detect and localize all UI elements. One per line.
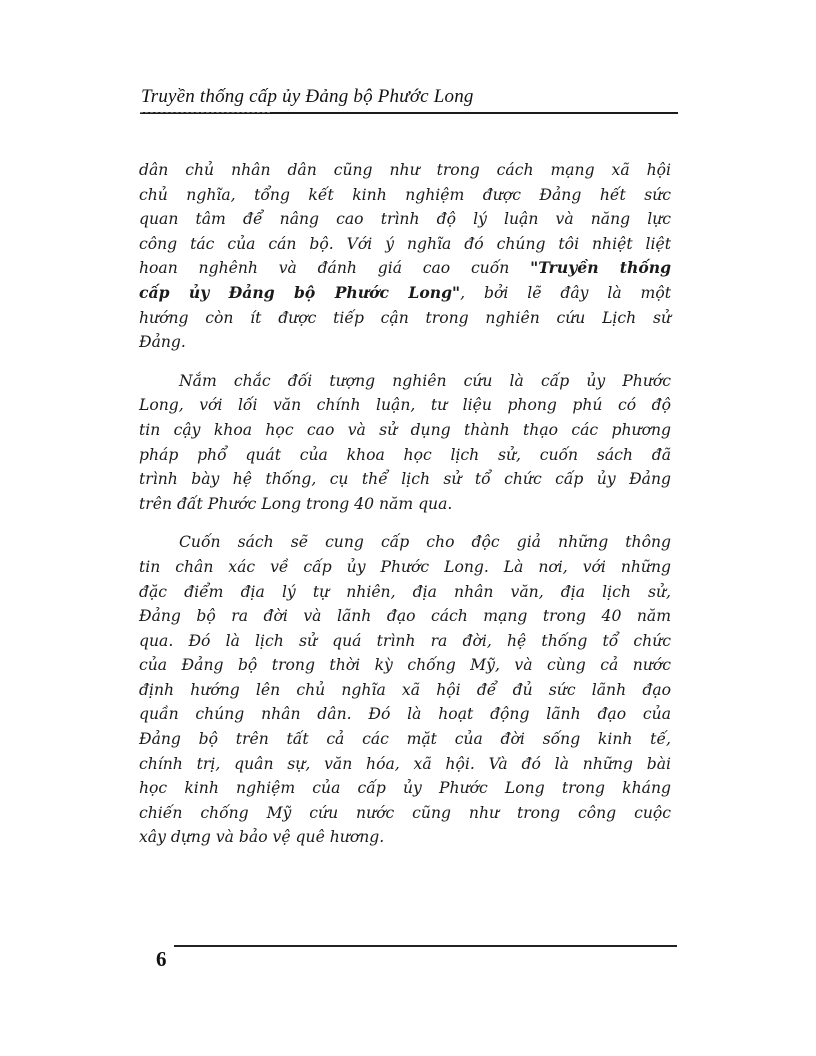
book-title-bold: cấp ủy Đảng bộ Phước Long" <box>139 283 460 302</box>
text-line: hướng còn ít được tiếp cận trong nghiên … <box>139 306 671 331</box>
text-line: xây dựng và bảo vệ quê hương. <box>139 825 671 850</box>
text-line: Nắm chắc đối tượng nghiên cứu là cấp ủy … <box>139 369 671 394</box>
text-line: chính trị, quân sự, văn hóa, xã hội. Và … <box>139 752 671 777</box>
text-line: dân chủ nhân dân cũng như trong cách mạn… <box>139 158 671 183</box>
text-line: trên đất Phước Long trong 40 năm qua. <box>139 492 671 517</box>
text-line: qua. Đó là lịch sử quá trình ra đời, hệ … <box>139 629 671 654</box>
text-line: Long, với lối văn chính luận, tư liệu ph… <box>139 393 671 418</box>
book-title-bold: "Truyền thống <box>530 258 671 277</box>
text-line: hoan nghênh và đánh giá cao cuốn "Truyền… <box>139 256 671 281</box>
paragraph-3: Cuốn sách sẽ cung cấp cho độc giả những … <box>139 530 671 850</box>
text-line: pháp phổ quát của khoa học lịch sử, cuốn… <box>139 443 671 468</box>
text-line: quần chúng nhân dân. Đó là hoạt động lãn… <box>139 702 671 727</box>
text-line: định hướng lên chủ nghĩa xã hội để đủ sứ… <box>139 678 671 703</box>
paragraph-2: Nắm chắc đối tượng nghiên cứu là cấp ủy … <box>139 369 671 517</box>
text-line: cấp ủy Đảng bộ Phước Long", bởi lẽ đây l… <box>139 281 671 306</box>
text-line: Đảng bộ trên tất cả các mặt của đời sống… <box>139 727 671 752</box>
running-header-title: Truyền thống cấp ủy Đảng bộ Phước Long <box>141 86 474 108</box>
text-line: công tác của cán bộ. Với ý nghĩa đó chún… <box>139 232 671 257</box>
text-line: chiến chống Mỹ cứu nước cũng như trong c… <box>139 801 671 826</box>
footer-rule <box>174 945 677 947</box>
page-body: dân chủ nhân dân cũng như trong cách mạn… <box>139 158 671 850</box>
text-line: đặc điểm địa lý tự nhiên, địa nhân văn, … <box>139 580 671 605</box>
header-rule <box>140 112 678 114</box>
text-line: Đảng. <box>139 330 671 355</box>
text-line: chủ nghĩa, tổng kết kinh nghiệm được Đản… <box>139 183 671 208</box>
text-line: Đảng bộ ra đời và lãnh đạo cách mạng tro… <box>139 604 671 629</box>
text-line: Cuốn sách sẽ cung cấp cho độc giả những … <box>139 530 671 555</box>
text-line: trình bày hệ thống, cụ thể lịch sử tổ ch… <box>139 467 671 492</box>
text-segment: , bởi lẽ đây là một <box>460 284 671 302</box>
text-segment: hoan nghênh và đánh giá cao cuốn <box>139 259 509 277</box>
text-line: của Đảng bộ trong thời kỳ chống Mỹ, và c… <box>139 653 671 678</box>
text-line: quan tâm để nâng cao trình độ lý luận và… <box>139 207 671 232</box>
text-line: tin chân xác về cấp ủy Phước Long. Là nơ… <box>139 555 671 580</box>
text-line: tin cậy khoa học cao và sử dụng thành th… <box>139 418 671 443</box>
paragraph-1: dân chủ nhân dân cũng như trong cách mạn… <box>139 158 671 355</box>
text-line: học kinh nghiệm của cấp ủy Phước Long tr… <box>139 776 671 801</box>
page-number: 6 <box>156 947 167 972</box>
